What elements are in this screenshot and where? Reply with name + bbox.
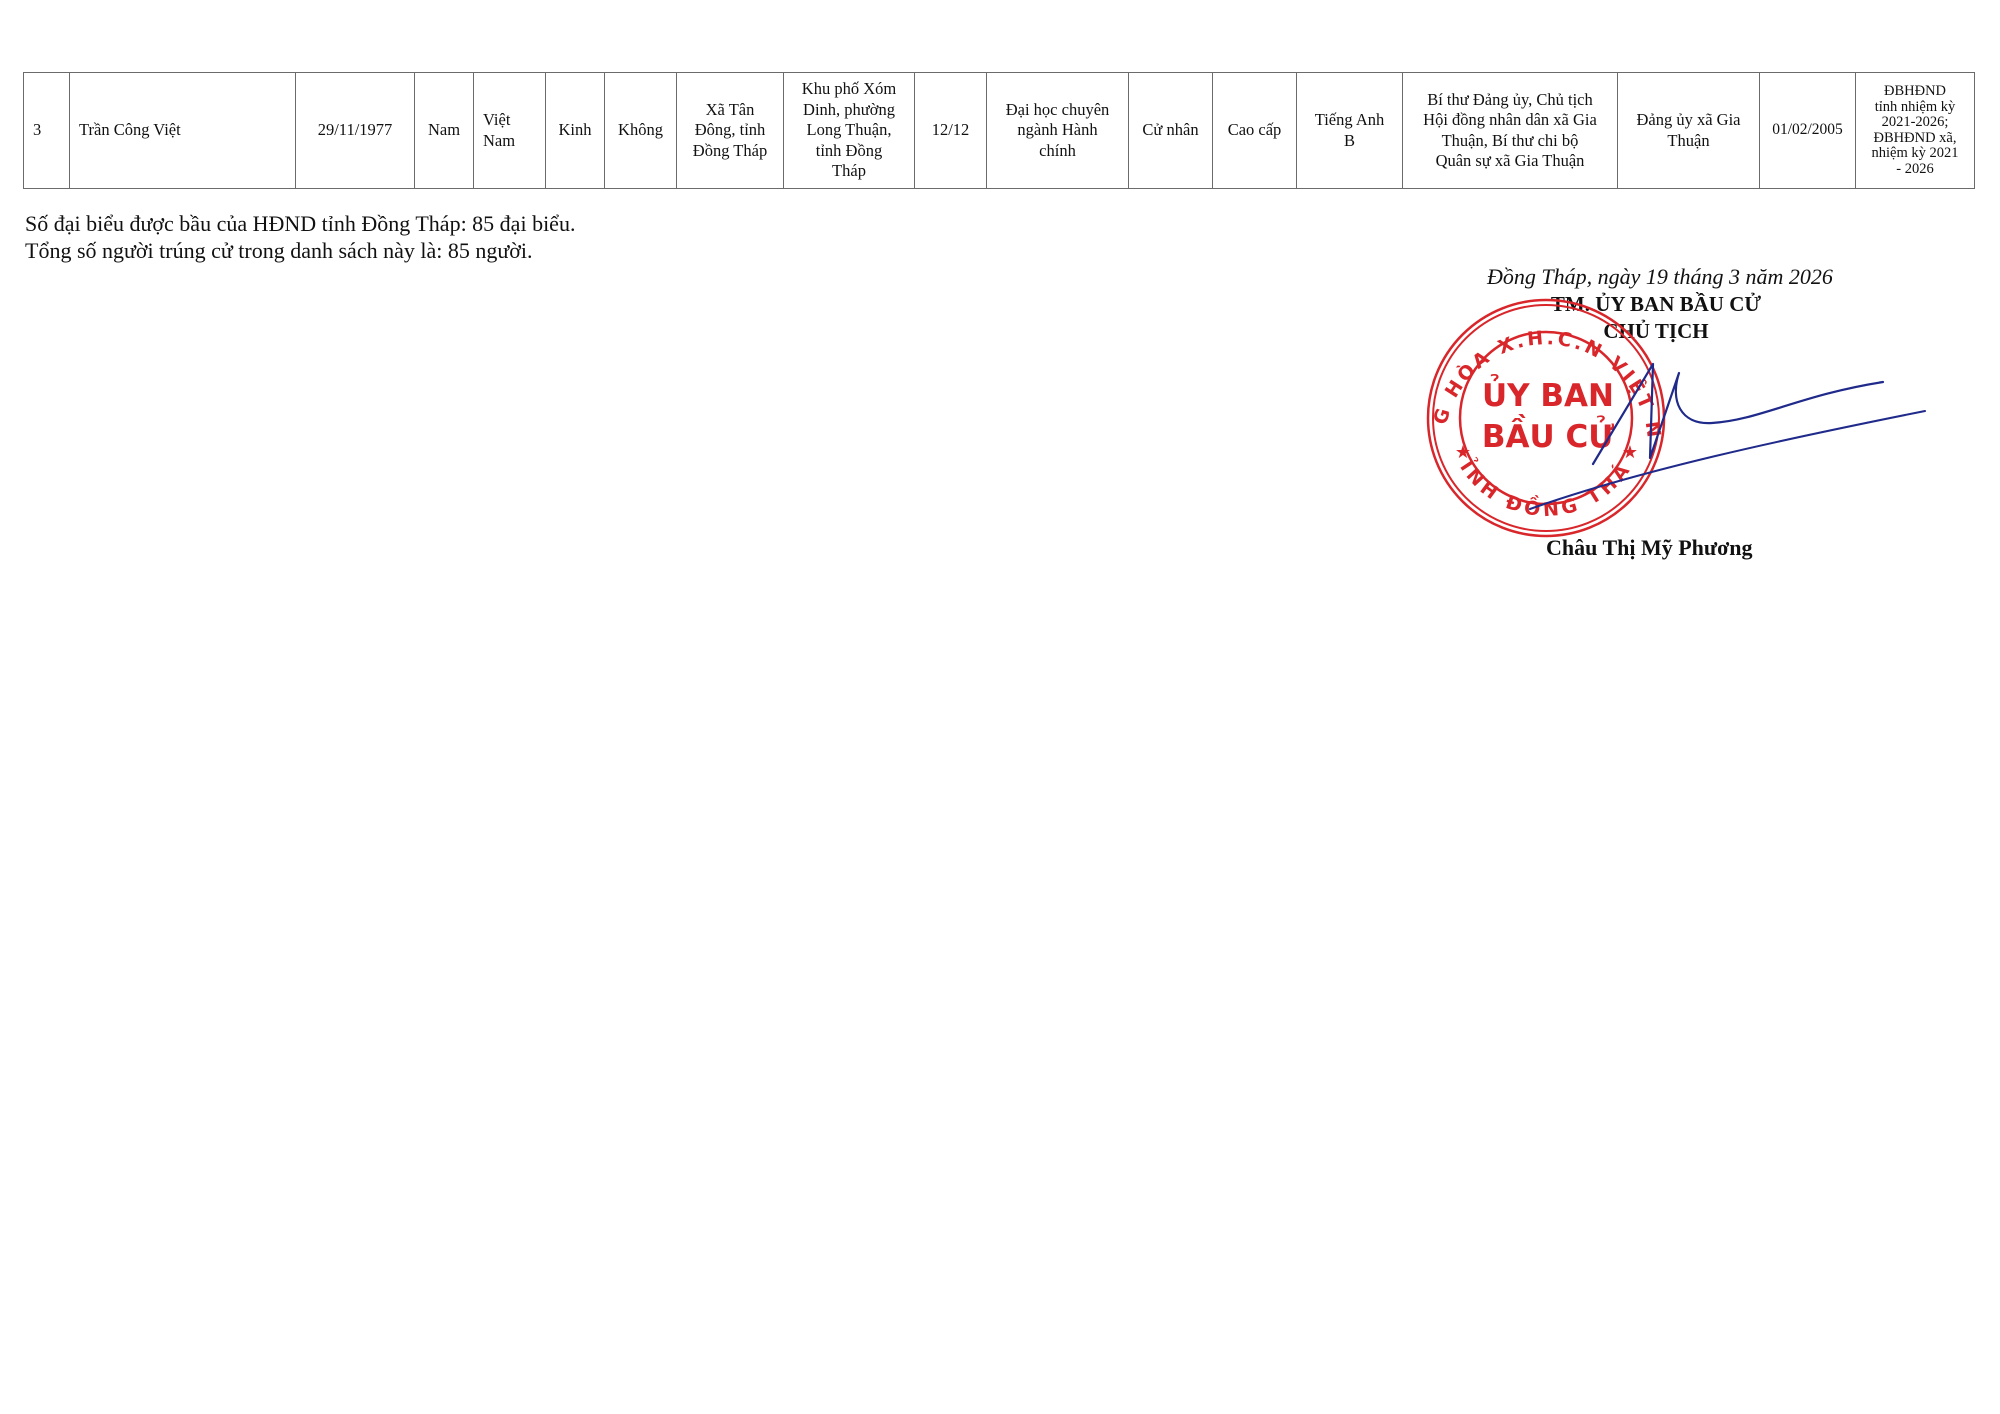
cell-hometown: Xã TânĐông, tỉnhĐồng Tháp <box>677 73 784 189</box>
handwritten-signature-icon <box>1530 364 1925 509</box>
cell-party-join-date: 01/02/2005 <box>1760 73 1856 189</box>
signing-organization: TM. ỦY BAN BẦU CỬ <box>1456 291 1856 318</box>
signer-title: CHỦ TỊCH <box>1456 318 1856 345</box>
cell-foreign-language: Tiếng AnhB <box>1297 73 1403 189</box>
cell-date-of-birth: 29/11/1977 <box>296 73 415 189</box>
table-row: 3 Trần Công Việt 29/11/1977 Nam ViệtNam … <box>24 73 1975 189</box>
elected-delegates-table: 3 Trần Công Việt 29/11/1977 Nam ViệtNam … <box>23 72 1975 189</box>
cell-general-education: 12/12 <box>915 73 987 189</box>
cell-stt: 3 <box>24 73 70 189</box>
cell-political-theory: Cao cấp <box>1213 73 1297 189</box>
seal-center-line1: ỦY BAN <box>1482 374 1614 414</box>
cell-academic-degree: Cử nhân <box>1129 73 1213 189</box>
cell-workplace: Đảng ủy xã GiaThuận <box>1618 73 1760 189</box>
svg-text:★: ★ <box>1455 442 1471 463</box>
cell-council-member-history: ĐBHĐNDtỉnh nhiệm kỳ2021-2026;ĐBHĐND xã,n… <box>1856 73 1975 189</box>
summary-elected-count: Tổng số người trúng cử trong danh sách n… <box>25 237 575 264</box>
summary-delegate-count: Số đại biểu được bầu của HĐND tỉnh Đồng … <box>25 210 575 237</box>
cell-residence: Khu phố XómDinh, phườngLong Thuận,tỉnh Đ… <box>784 73 915 189</box>
cell-nationality: ViệtNam <box>474 73 546 189</box>
cell-gender: Nam <box>415 73 474 189</box>
seal-center-line2: BẦU CỬ <box>1482 415 1614 455</box>
signer-name: Châu Thị Mỹ Phương <box>1546 534 1753 562</box>
document-page: 3 Trần Công Việt 29/11/1977 Nam ViệtNam … <box>0 0 2000 1414</box>
place-and-date: Đồng Tháp, ngày 19 tháng 3 năm 2026 <box>1440 264 1880 290</box>
cell-full-name: Trần Công Việt <box>70 73 296 189</box>
summary-block: Số đại biểu được bầu của HĐND tỉnh Đồng … <box>25 210 575 264</box>
cell-position: Bí thư Đảng ủy, Chủ tịchHội đồng nhân dâ… <box>1403 73 1618 189</box>
cell-ethnicity: Kinh <box>546 73 605 189</box>
svg-text:★: ★ <box>1622 442 1638 463</box>
cell-specialized-education: Đại học chuyênngành Hànhchính <box>987 73 1129 189</box>
cell-religion: Không <box>605 73 677 189</box>
